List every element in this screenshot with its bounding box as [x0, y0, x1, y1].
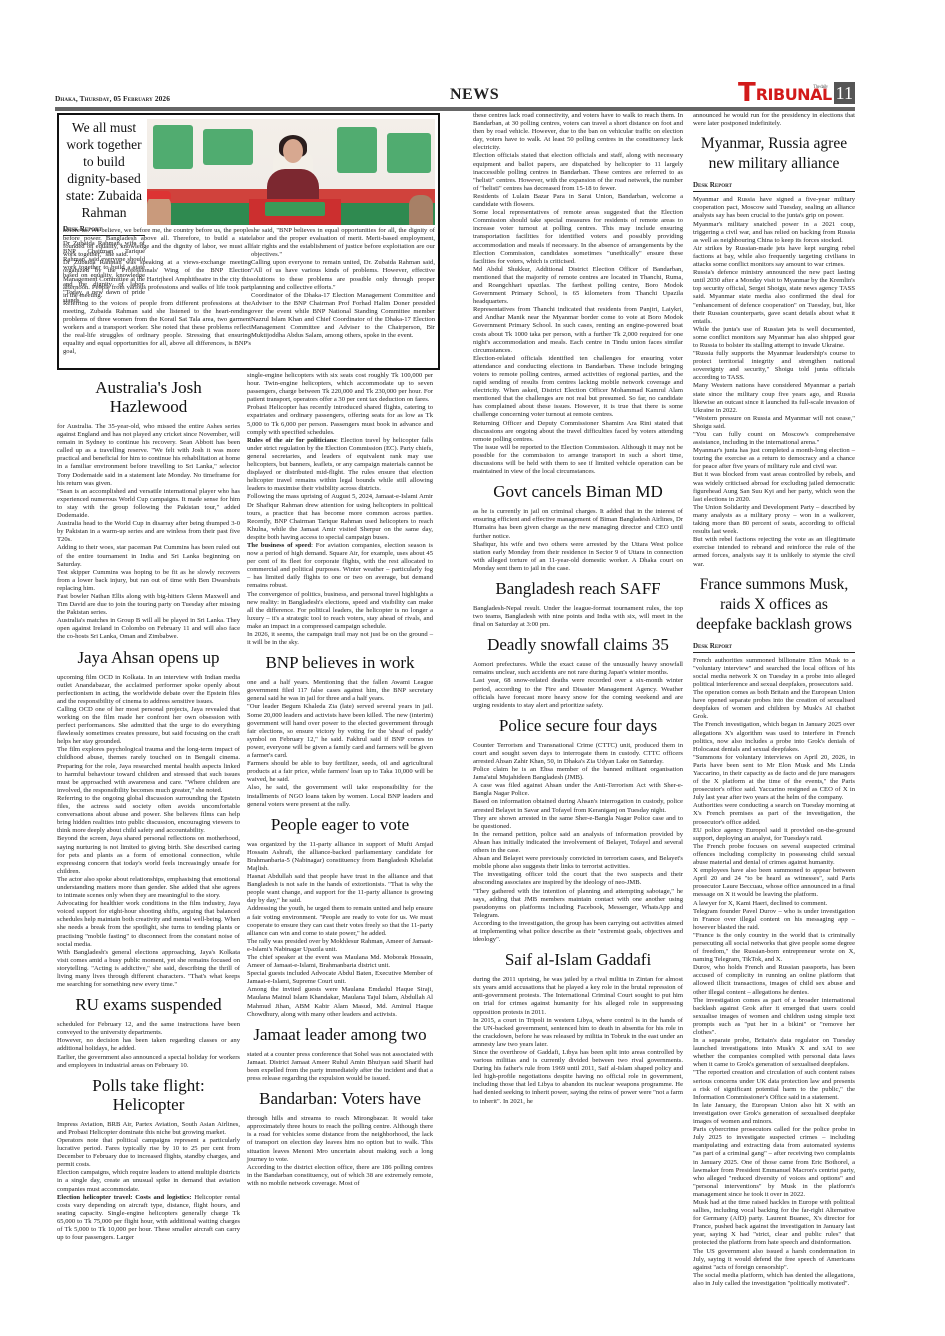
polls-headline: Polls take flight: Helicopter: [57, 1076, 240, 1114]
myanmar-headline: Myanmar, Russia agree new military allia…: [693, 134, 855, 174]
logo-tagline: The daily: [813, 79, 828, 97]
rules-subhead: Rules of the air for politicians: [247, 437, 336, 444]
section-title: NEWS: [450, 86, 499, 104]
snowfall-headline: Deadly snowfall claims 35: [473, 635, 683, 654]
eager-headline: People eager to vote: [247, 815, 433, 834]
masthead: Dhaka, Thursday, 05 February 2026 NEWS T…: [55, 82, 855, 110]
page-number: 11: [834, 82, 855, 104]
jaya-headline: Jaya Ahsan opens up: [57, 648, 240, 667]
polls-subhead: Election helicopter travel: Costs and lo…: [57, 1194, 192, 1201]
bandarban-headline: Bandarban: Voters have: [247, 1089, 433, 1108]
feature-story-box: We all must work together to build digni…: [57, 113, 440, 370]
masthead-rule: [55, 107, 855, 111]
feature-photo: [147, 119, 435, 225]
saff-headline: Bangladesh reach SAFF: [473, 579, 683, 598]
photo-podium: [249, 199, 341, 225]
bnp-headline: BNP believes in work: [247, 653, 433, 672]
feature-col-2: she said, "BNP believes in equal opportu…: [251, 227, 435, 340]
logo-initial: T: [738, 82, 756, 104]
tribunal-logo: T RIBUNAL The daily 11: [738, 82, 855, 104]
photo-person-left: [147, 195, 171, 225]
jamaat-headline: Jamaat leader among two: [247, 1025, 433, 1044]
myanmar-byline: Desk Report: [693, 181, 855, 192]
ru-headline: RU exams suspended: [57, 995, 240, 1014]
photo-person-right: [409, 195, 433, 225]
speed-subhead: The business of speed: [247, 542, 311, 549]
police-headline: Police secure four days: [473, 716, 683, 735]
column-c: these centres lack road connectivity, an…: [473, 112, 683, 1106]
france-byline: Desk Report: [693, 642, 855, 653]
logo-word: RIBUNAL The daily: [756, 86, 832, 104]
feature-col-1: before us. We believe, we before me, the…: [63, 227, 251, 357]
france-headline: France summons Musk, raids X offices as …: [693, 575, 855, 635]
gaddafi-headline: Saif al-Islam Gaddafi: [473, 950, 683, 969]
hazlewood-headline: Australia's Josh Hazlewood: [57, 378, 240, 416]
biman-headline: Govt cancels Biman MD: [473, 482, 683, 501]
column-b: single-engine helicopters with six seats…: [247, 372, 433, 1188]
issue-date: Dhaka, Thursday, 05 February 2026: [55, 94, 170, 103]
feature-headline: We all must work together to build digni…: [63, 119, 145, 221]
column-a: Australia's Josh Hazlewood for Australia…: [57, 372, 240, 1242]
column-d: announced he would run for the presidenc…: [693, 112, 855, 1288]
